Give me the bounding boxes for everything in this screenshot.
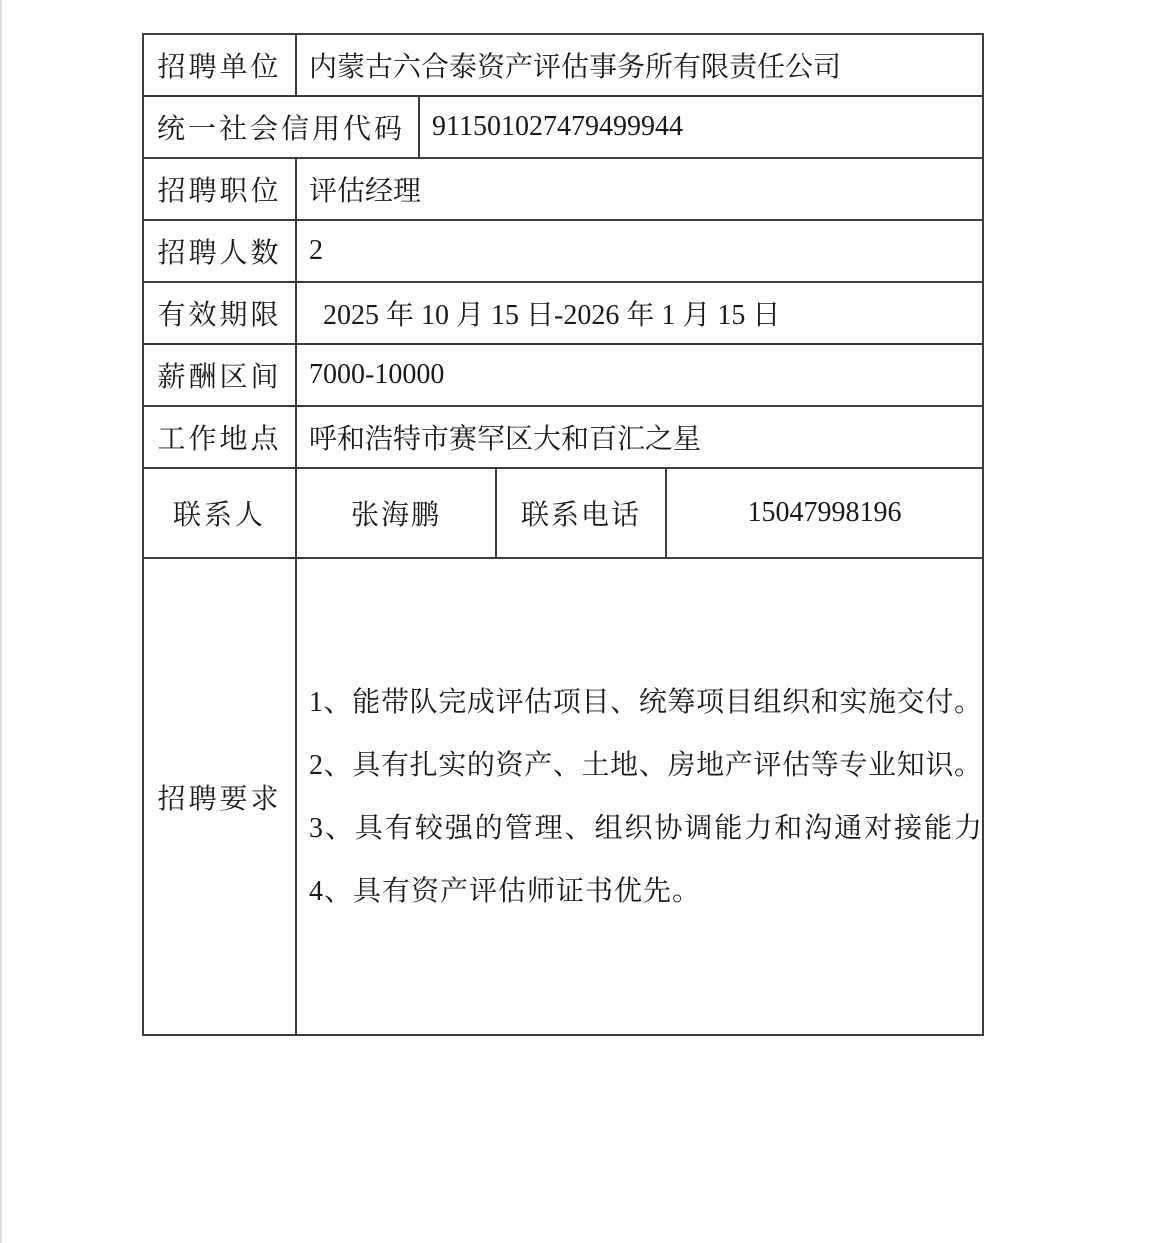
salary-range-label: 薪酬区间 — [144, 345, 297, 405]
recruiting-unit-value: 内蒙古六合泰资产评估事务所有限责任公司 — [297, 35, 982, 95]
credit-code-value: 911501027479499944 — [420, 97, 982, 157]
salary-range-value: 7000-10000 — [297, 345, 982, 405]
table-row-credit-code: 统一社会信用代码 911501027479499944 — [144, 97, 982, 159]
headcount-label: 招聘人数 — [144, 221, 297, 281]
requirement-line: 3、具有较强的管理、组织协调能力和沟通对接能力 — [309, 797, 982, 860]
contact-person-name: 张海鹏 — [297, 469, 497, 557]
validity-period-label: 有效期限 — [144, 283, 297, 343]
position-label: 招聘职位 — [144, 159, 297, 219]
recruiting-unit-label: 招聘单位 — [144, 35, 297, 95]
contact-phone-label: 联系电话 — [497, 469, 667, 557]
table-row-recruiting-unit: 招聘单位 内蒙古六合泰资产评估事务所有限责任公司 — [144, 35, 982, 97]
requirements-value: 1、能带队完成评估项目、统筹项目组织和实施交付。 2、具有扎实的资产、土地、房地… — [297, 559, 982, 1034]
recruitment-table: 招聘单位 内蒙古六合泰资产评估事务所有限责任公司 统一社会信用代码 911501… — [142, 33, 984, 1036]
credit-code-label: 统一社会信用代码 — [144, 97, 420, 157]
document-page: 招聘单位 内蒙古六合泰资产评估事务所有限责任公司 统一社会信用代码 911501… — [0, 0, 1171, 1243]
contact-phone-number: 15047998196 — [667, 469, 982, 557]
validity-period-value: 2025 年 10 月 15 日-2026 年 1 月 15 日 — [297, 283, 982, 343]
requirement-line: 1、能带队完成评估项目、统筹项目组织和实施交付。 — [309, 671, 982, 734]
contact-person-label: 联系人 — [144, 469, 297, 557]
work-location-value: 呼和浩特市赛罕区大和百汇之星 — [297, 407, 982, 467]
table-row-contact: 联系人 张海鹏 联系电话 15047998196 — [144, 469, 982, 559]
table-row-validity-period: 有效期限 2025 年 10 月 15 日-2026 年 1 月 15 日 — [144, 283, 982, 345]
table-row-headcount: 招聘人数 2 — [144, 221, 982, 283]
table-row-requirements: 招聘要求 1、能带队完成评估项目、统筹项目组织和实施交付。 2、具有扎实的资产、… — [144, 559, 982, 1034]
headcount-value: 2 — [297, 221, 982, 281]
requirement-line: 4、具有资产评估师证书优先。 — [309, 860, 982, 923]
table-row-salary-range: 薪酬区间 7000-10000 — [144, 345, 982, 407]
position-value: 评估经理 — [297, 159, 982, 219]
work-location-label: 工作地点 — [144, 407, 297, 467]
table-row-position: 招聘职位 评估经理 — [144, 159, 982, 221]
requirement-line: 2、具有扎实的资产、土地、房地产评估等专业知识。 — [309, 734, 982, 797]
requirements-label: 招聘要求 — [144, 559, 297, 1034]
page-edge-line — [0, 0, 2, 1243]
table-row-work-location: 工作地点 呼和浩特市赛罕区大和百汇之星 — [144, 407, 982, 469]
